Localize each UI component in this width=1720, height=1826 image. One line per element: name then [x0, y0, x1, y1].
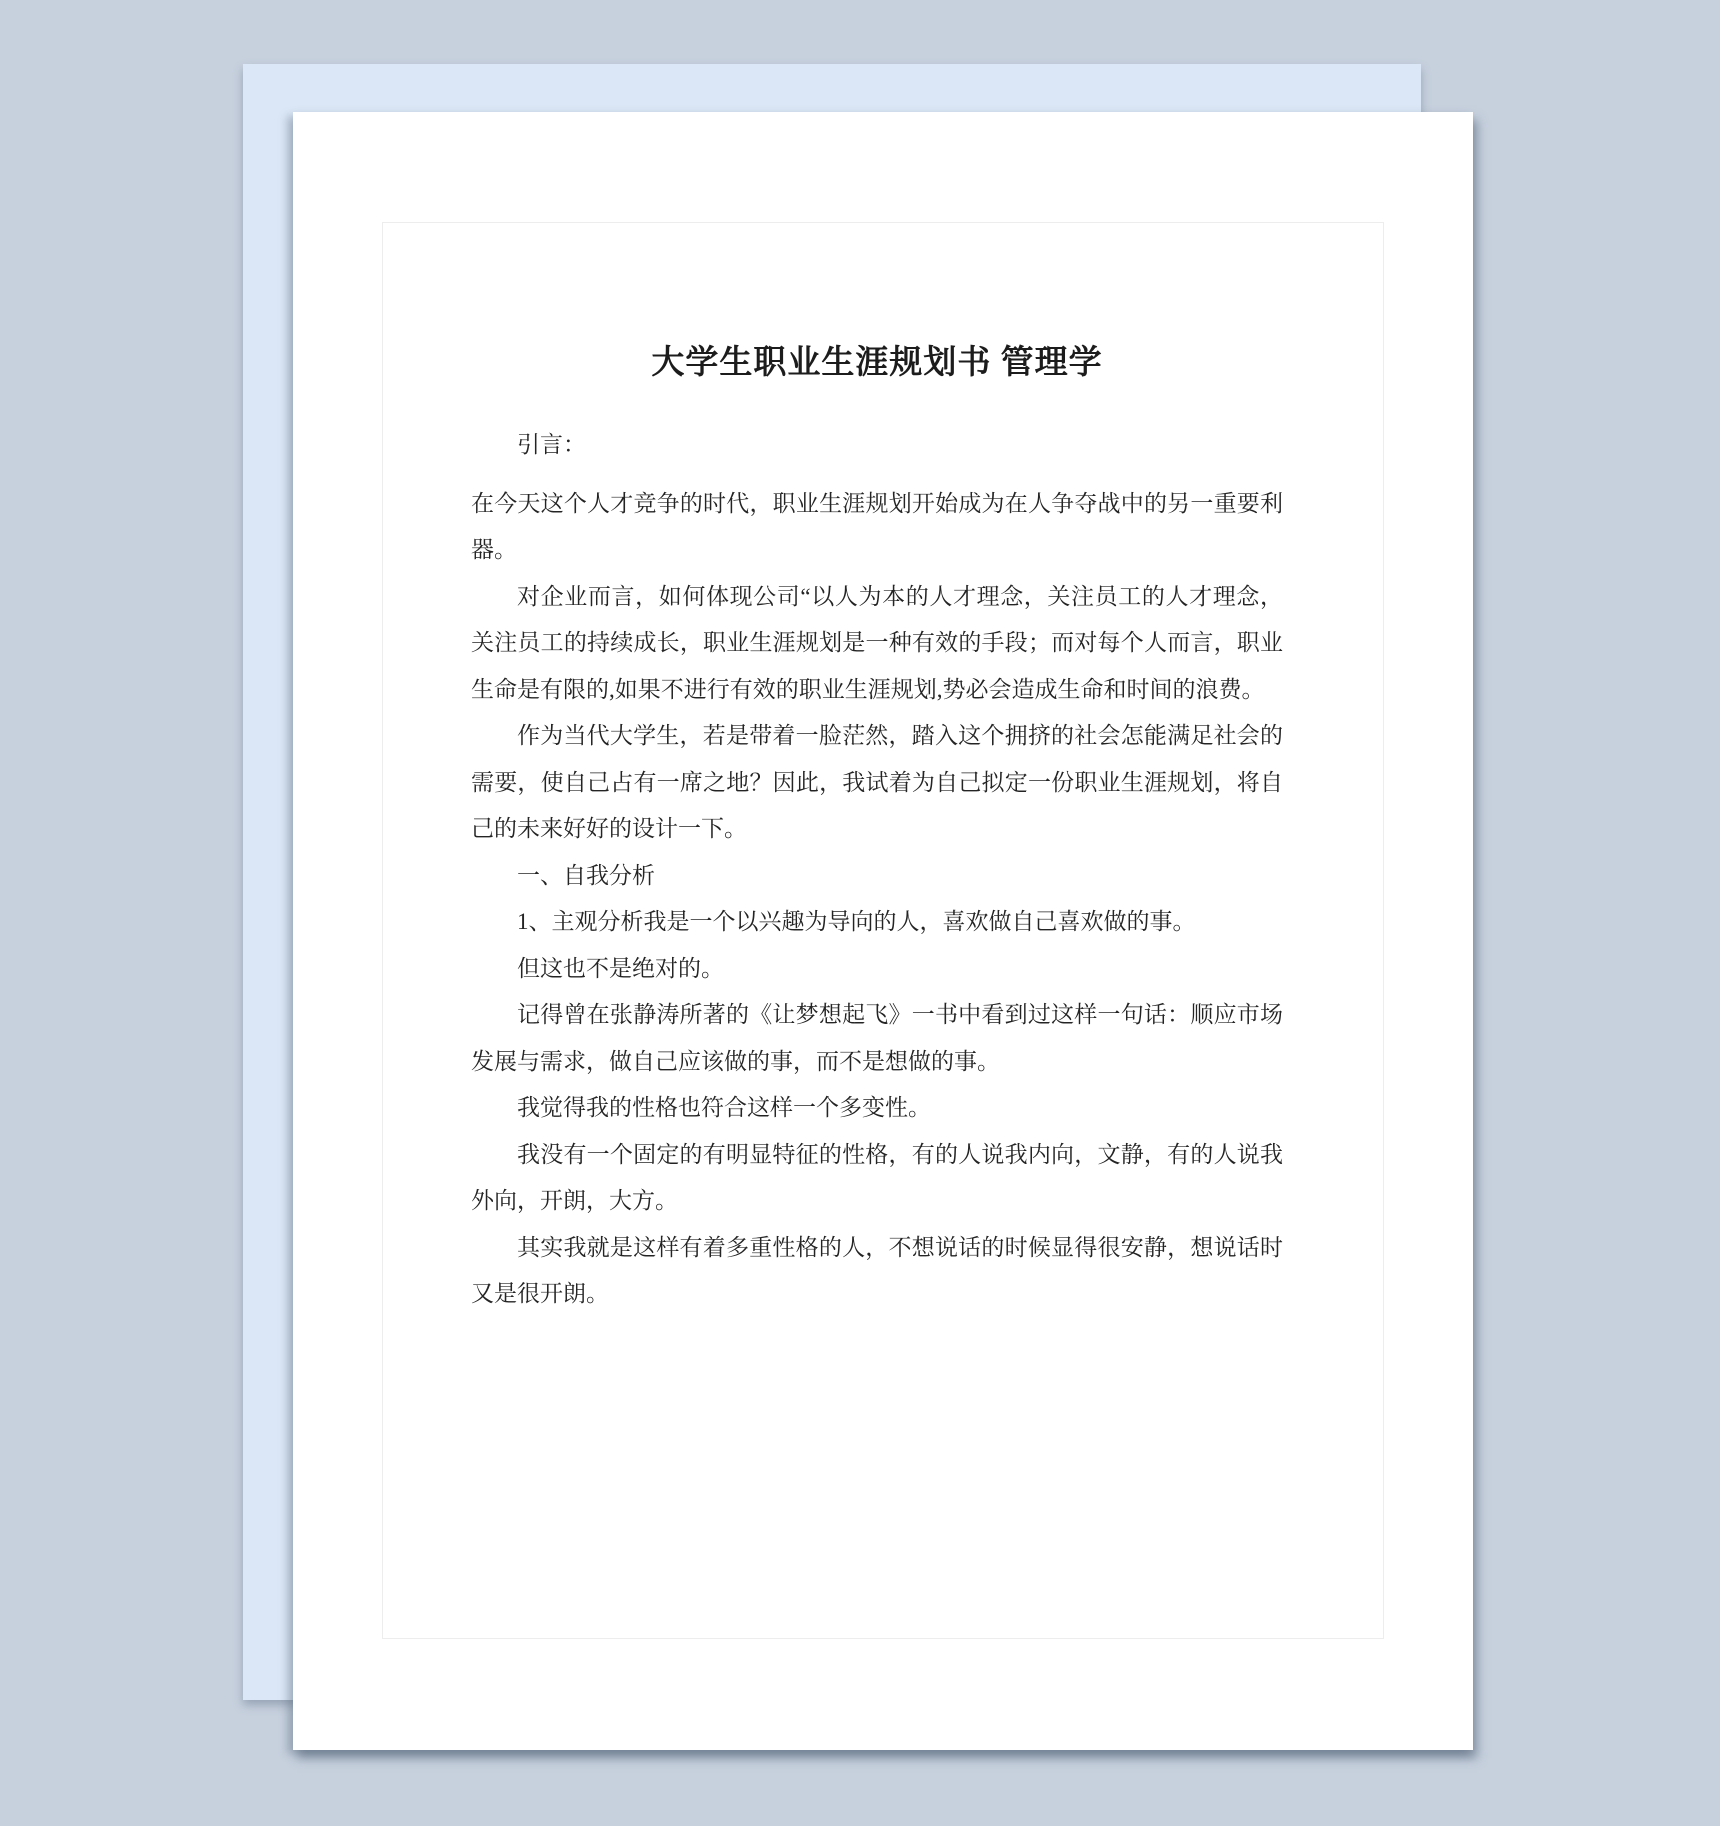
document-content: 大学生职业生涯规划书 管理学 引言：在今天这个人才竞争的时代，职业生涯规划开始成… [471, 112, 1283, 1318]
paragraph: 作为当代大学生，若是带着一脸茫然，踏入这个拥挤的社会怎能满足社会的需要，使自己占… [471, 713, 1283, 853]
desktop-background: 大学生职业生涯规划书 管理学 引言：在今天这个人才竞争的时代，职业生涯规划开始成… [0, 0, 1720, 1826]
paragraph: 一、自我分析 [471, 853, 1283, 900]
paragraph: 在今天这个人才竞争的时代，职业生涯规划开始成为在人争夺战中的另一重要利器。 [471, 481, 1283, 574]
document-body: 引言：在今天这个人才竞争的时代，职业生涯规划开始成为在人争夺战中的另一重要利器。… [471, 422, 1283, 1318]
document-title: 大学生职业生涯规划书 管理学 [471, 340, 1283, 386]
paragraph: 我没有一个固定的有明显特征的性格，有的人说我内向，文静，有的人说我外向，开朗，大… [471, 1132, 1283, 1225]
document-page: 大学生职业生涯规划书 管理学 引言：在今天这个人才竞争的时代，职业生涯规划开始成… [293, 112, 1473, 1750]
paragraph: 对企业而言，如何体现公司“以人为本的人才理念，关注员工的人才理念，关注员工的持续… [471, 574, 1283, 714]
paragraph: 引言： [471, 422, 1283, 469]
paragraph: 其实我就是这样有着多重性格的人，不想说话的时候显得很安静，想说话时又是很开朗。 [471, 1225, 1283, 1318]
paragraph: 我觉得我的性格也符合这样一个多变性。 [471, 1085, 1283, 1132]
paragraph: 但这也不是绝对的。 [471, 946, 1283, 993]
paragraph: 1、主观分析我是一个以兴趣为导向的人，喜欢做自己喜欢做的事。 [471, 899, 1283, 946]
paragraph: 记得曾在张静涛所著的《让梦想起飞》一书中看到过这样一句话：顺应市场发展与需求，做… [471, 992, 1283, 1085]
